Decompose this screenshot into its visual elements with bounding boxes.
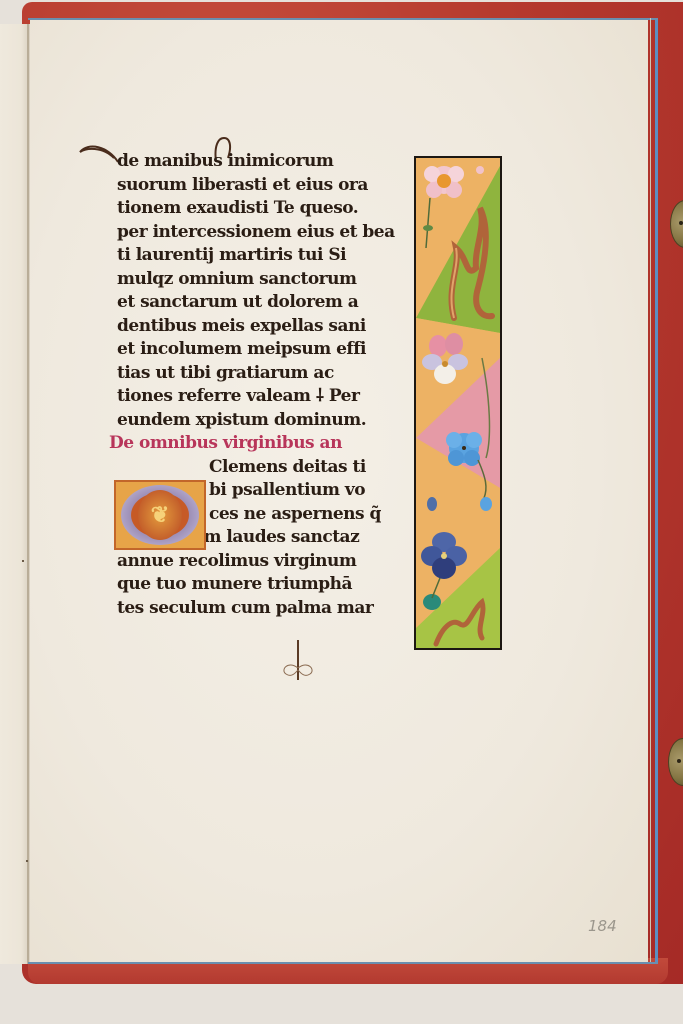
- page-edge-bottom: [28, 962, 658, 964]
- text-line: et incolumem meipsum effi: [117, 338, 417, 362]
- text-line: dentibus meis expellas sani: [117, 315, 417, 339]
- border-decoration-icon: [416, 158, 500, 648]
- rubric-heading: De omnibus virginibus an: [109, 432, 417, 456]
- text-line: Clemens deitas ti: [117, 456, 417, 480]
- text-line: que tuo munere triumphā: [117, 573, 417, 597]
- page-edge-right: [655, 20, 658, 962]
- page-mark: [26, 860, 28, 862]
- text-line: suorum liberasti et eius ora: [117, 174, 417, 198]
- folio-number: 184: [588, 917, 617, 935]
- text-line: et sanctarum ut dolorem a: [117, 291, 417, 315]
- text-line: mulqz omnium sanctorum: [117, 268, 417, 292]
- text-line: eundem xpistum dominum.: [117, 409, 417, 433]
- text-line: de manibus inimicorum: [117, 150, 417, 174]
- text-line: tes seculum cum palma mar: [117, 597, 417, 621]
- gutter: [27, 24, 29, 964]
- text-line: tionem exaudisti Te queso.: [117, 197, 417, 221]
- floral-border: [414, 156, 502, 650]
- text-line: tias ut tibi gratiarum ac: [117, 362, 417, 386]
- text-line: per intercessionem eius et bea: [117, 221, 417, 245]
- text-line: annue recolimus virginum: [117, 550, 417, 574]
- illuminated-initial: ❦: [114, 480, 206, 550]
- text-line: ti laurentij martiris tui Si: [117, 244, 417, 268]
- page-mark: [22, 560, 24, 562]
- catchword-flourish-icon: [278, 640, 318, 684]
- text-line: tiones referre valeam ⸸ Per: [117, 385, 417, 409]
- initial-filigree: ❦: [138, 490, 182, 540]
- initial-letter-ring: ❦: [121, 485, 199, 545]
- facing-page-edge: [0, 24, 30, 964]
